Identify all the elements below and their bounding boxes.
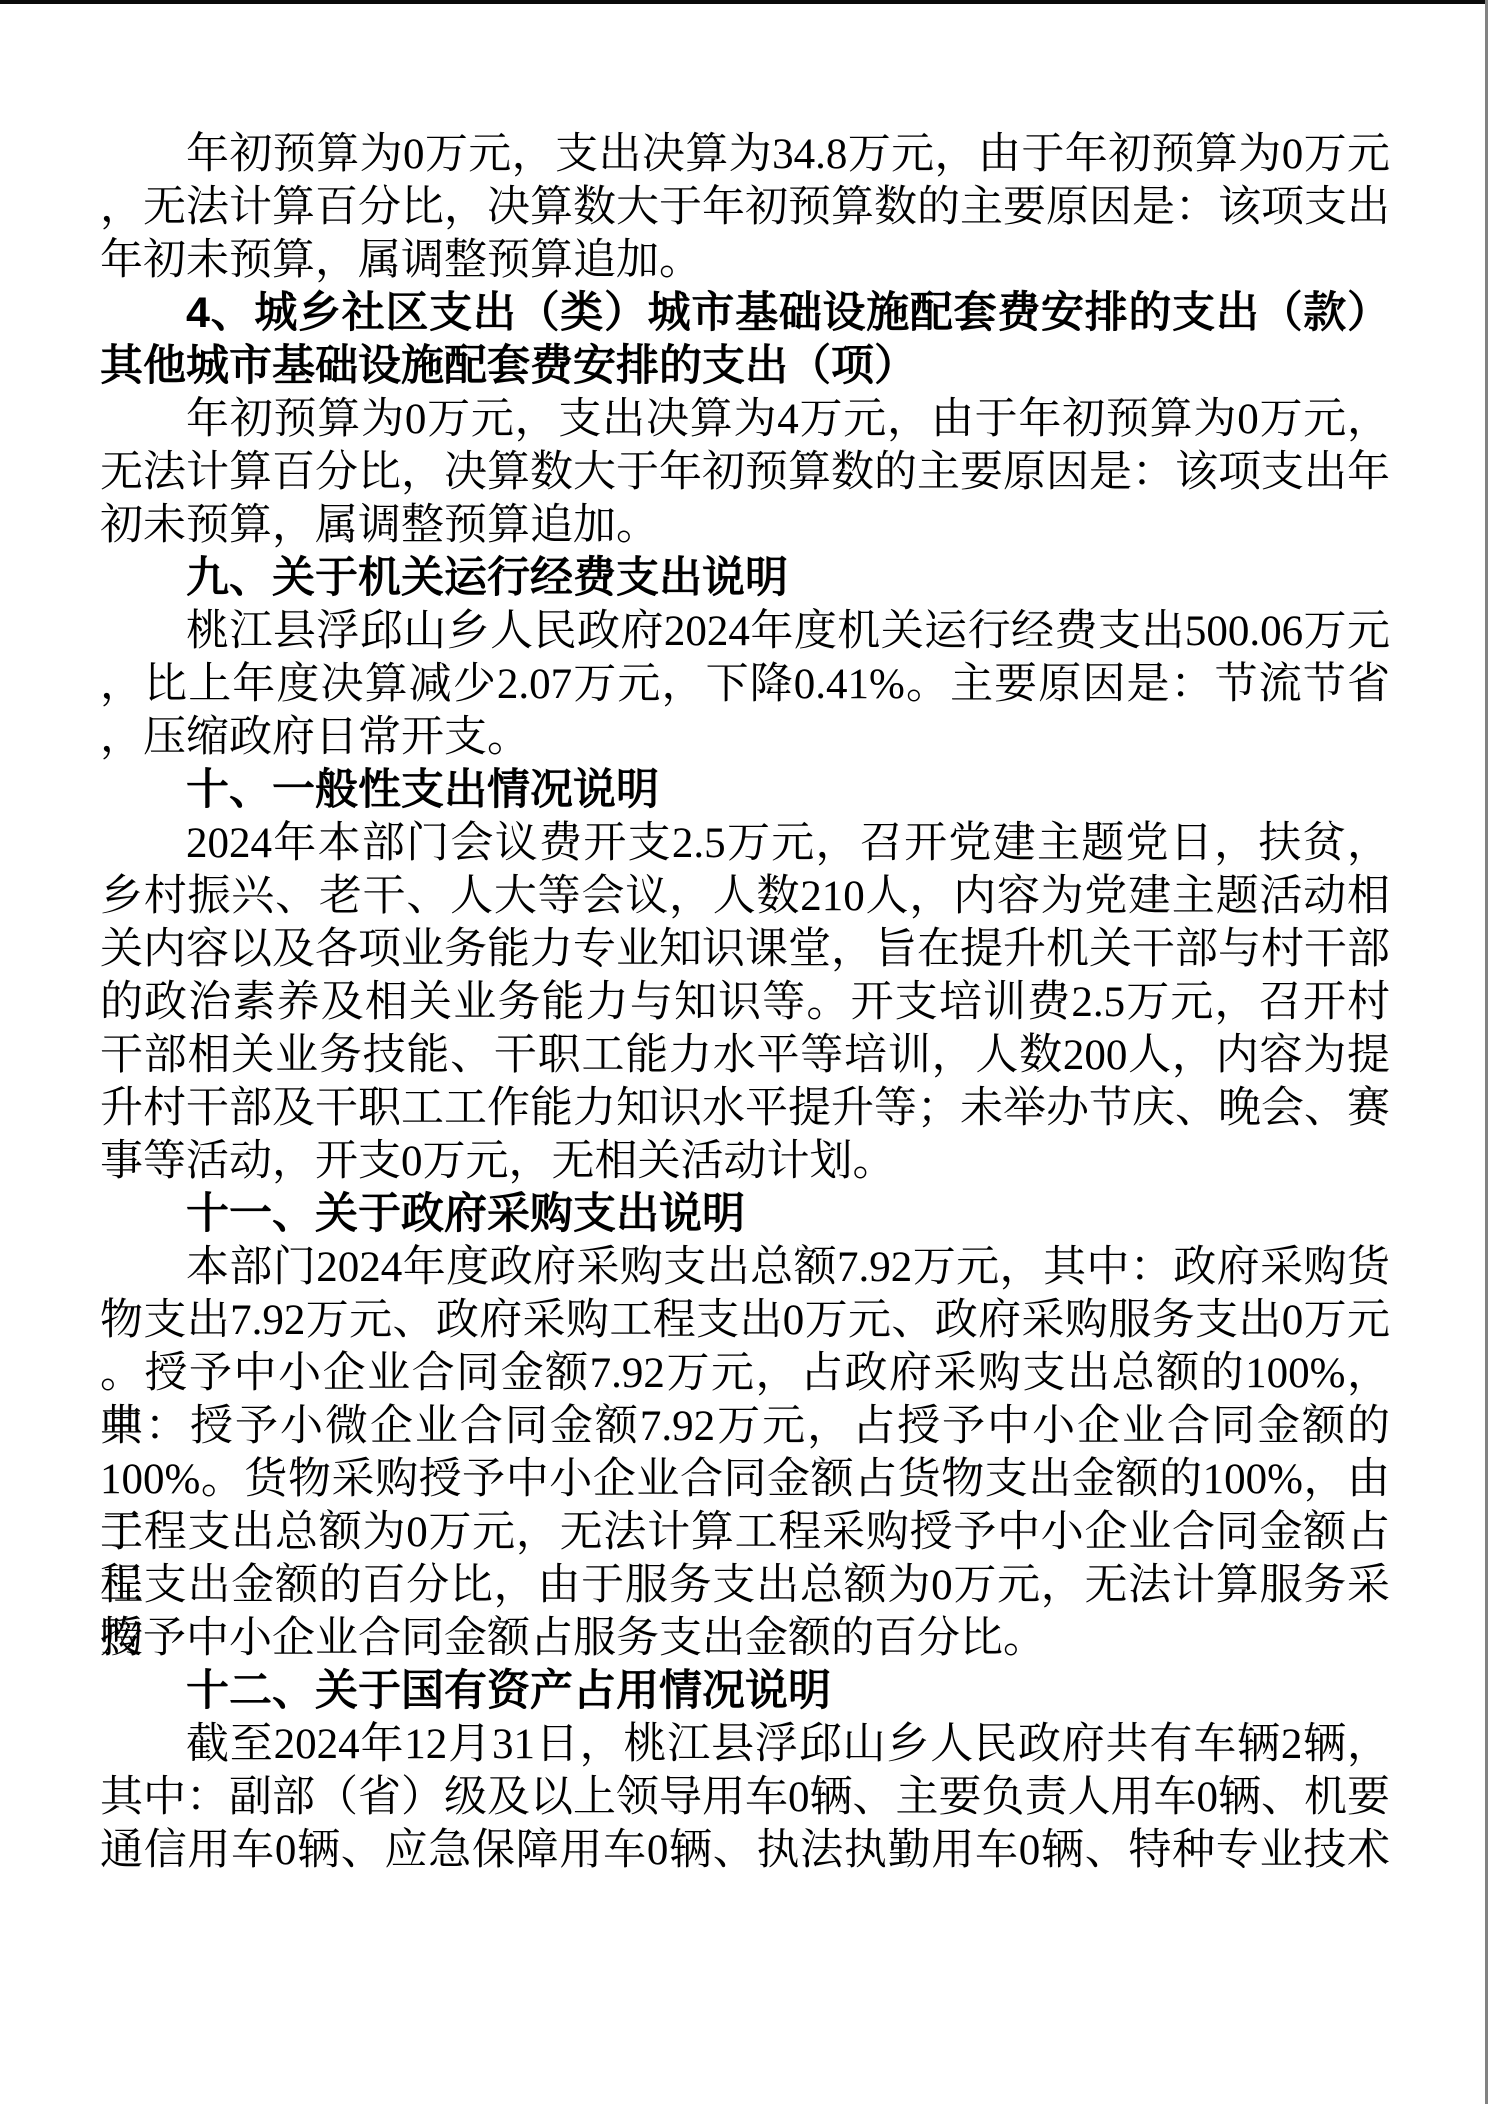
- text-line: 。授予中小企业合同金额7.92万元，占政府采购支出总额的100%，其: [100, 1347, 1390, 1400]
- text-line: 物支出7.92万元、政府采购工程支出0万元、政府采购服务支出0万元: [100, 1294, 1390, 1347]
- text-line: ，压缩政府日常开支。: [100, 711, 1390, 764]
- text-line: 初未预算，属调整预算追加。: [100, 499, 1390, 552]
- text-line: 年初预算为0万元，支出决算为4万元，由于年初预算为0万元，: [100, 393, 1390, 446]
- text-line: 关内容以及各项业务能力专业知识课堂，旨在提升机关干部与村干部: [100, 923, 1390, 976]
- text-line: 干部相关业务技能、干职工能力水平等培训，人数200人，内容为提: [100, 1029, 1390, 1082]
- heading-line: 十、一般性支出情况说明: [100, 764, 1390, 817]
- heading-line: 其他城市基础设施配套费安排的支出（项）: [100, 340, 1390, 393]
- text-line: 授予中小企业合同金额占服务支出金额的百分比。: [100, 1612, 1390, 1665]
- text-line: 乡村振兴、老干、人大等会议，人数210人，内容为党建主题活动相: [100, 870, 1390, 923]
- text-line: 工程支出总额为0万元，无法计算工程采购授予中小企业合同金额占工: [100, 1506, 1390, 1559]
- text-line: ，比上年度决算减少2.07万元，下降0.41%。主要原因是：节流节省: [100, 658, 1390, 711]
- text-line: 无法计算百分比，决算数大于年初预算数的主要原因是：该项支出年: [100, 446, 1390, 499]
- text-line: 2024年本部门会议费开支2.5万元，召开党建主题党日，扶贫，: [100, 817, 1390, 870]
- heading-line: 4、城乡社区支出（类）城市基础设施配套费安排的支出（款）: [100, 287, 1390, 340]
- heading-line: 十二、关于国有资产占用情况说明: [100, 1665, 1390, 1718]
- text-line: 升村干部及干职工工作能力知识水平提升等；未举办节庆、晚会、赛: [100, 1082, 1390, 1135]
- text-line: 年初预算为0万元，支出决算为34.8万元，由于年初预算为0万元: [100, 128, 1390, 181]
- heading-line: 九、关于机关运行经费支出说明: [100, 552, 1390, 605]
- heading-line: 十一、关于政府采购支出说明: [100, 1188, 1390, 1241]
- text-line: 截至2024年12月31日，桃江县浮邱山乡人民政府共有车辆2辆，: [100, 1718, 1390, 1771]
- document-page: 年初预算为0万元，支出决算为34.8万元，由于年初预算为0万元，无法计算百分比，…: [0, 0, 1488, 2104]
- page-top-border: [0, 0, 1488, 4]
- text-line: 事等活动，开支0万元，无相关活动计划。: [100, 1135, 1390, 1188]
- text-line: ，无法计算百分比，决算数大于年初预算数的主要原因是：该项支出: [100, 181, 1390, 234]
- document-content: 年初预算为0万元，支出决算为34.8万元，由于年初预算为0万元，无法计算百分比，…: [100, 128, 1390, 1877]
- text-line: 桃江县浮邱山乡人民政府2024年度机关运行经费支出500.06万元: [100, 605, 1390, 658]
- text-line: 通信用车0辆、应急保障用车0辆、执法执勤用车0辆、特种专业技术: [100, 1824, 1390, 1877]
- text-line: 中：授予小微企业合同金额7.92万元，占授予中小企业合同金额的: [100, 1400, 1390, 1453]
- text-line: 的政治素养及相关业务能力与知识等。开支培训费2.5万元，召开村: [100, 976, 1390, 1029]
- text-line: 本部门2024年度政府采购支出总额7.92万元，其中：政府采购货: [100, 1241, 1390, 1294]
- text-line: 其中：副部（省）级及以上领导用车0辆、主要负责人用车0辆、机要: [100, 1771, 1390, 1824]
- text-line: 年初未预算，属调整预算追加。: [100, 234, 1390, 287]
- text-line: 程支出金额的百分比，由于服务支出总额为0万元，无法计算服务采购: [100, 1559, 1390, 1612]
- text-line: 100%。货物采购授予中小企业合同金额占货物支出金额的100%，由于: [100, 1453, 1390, 1506]
